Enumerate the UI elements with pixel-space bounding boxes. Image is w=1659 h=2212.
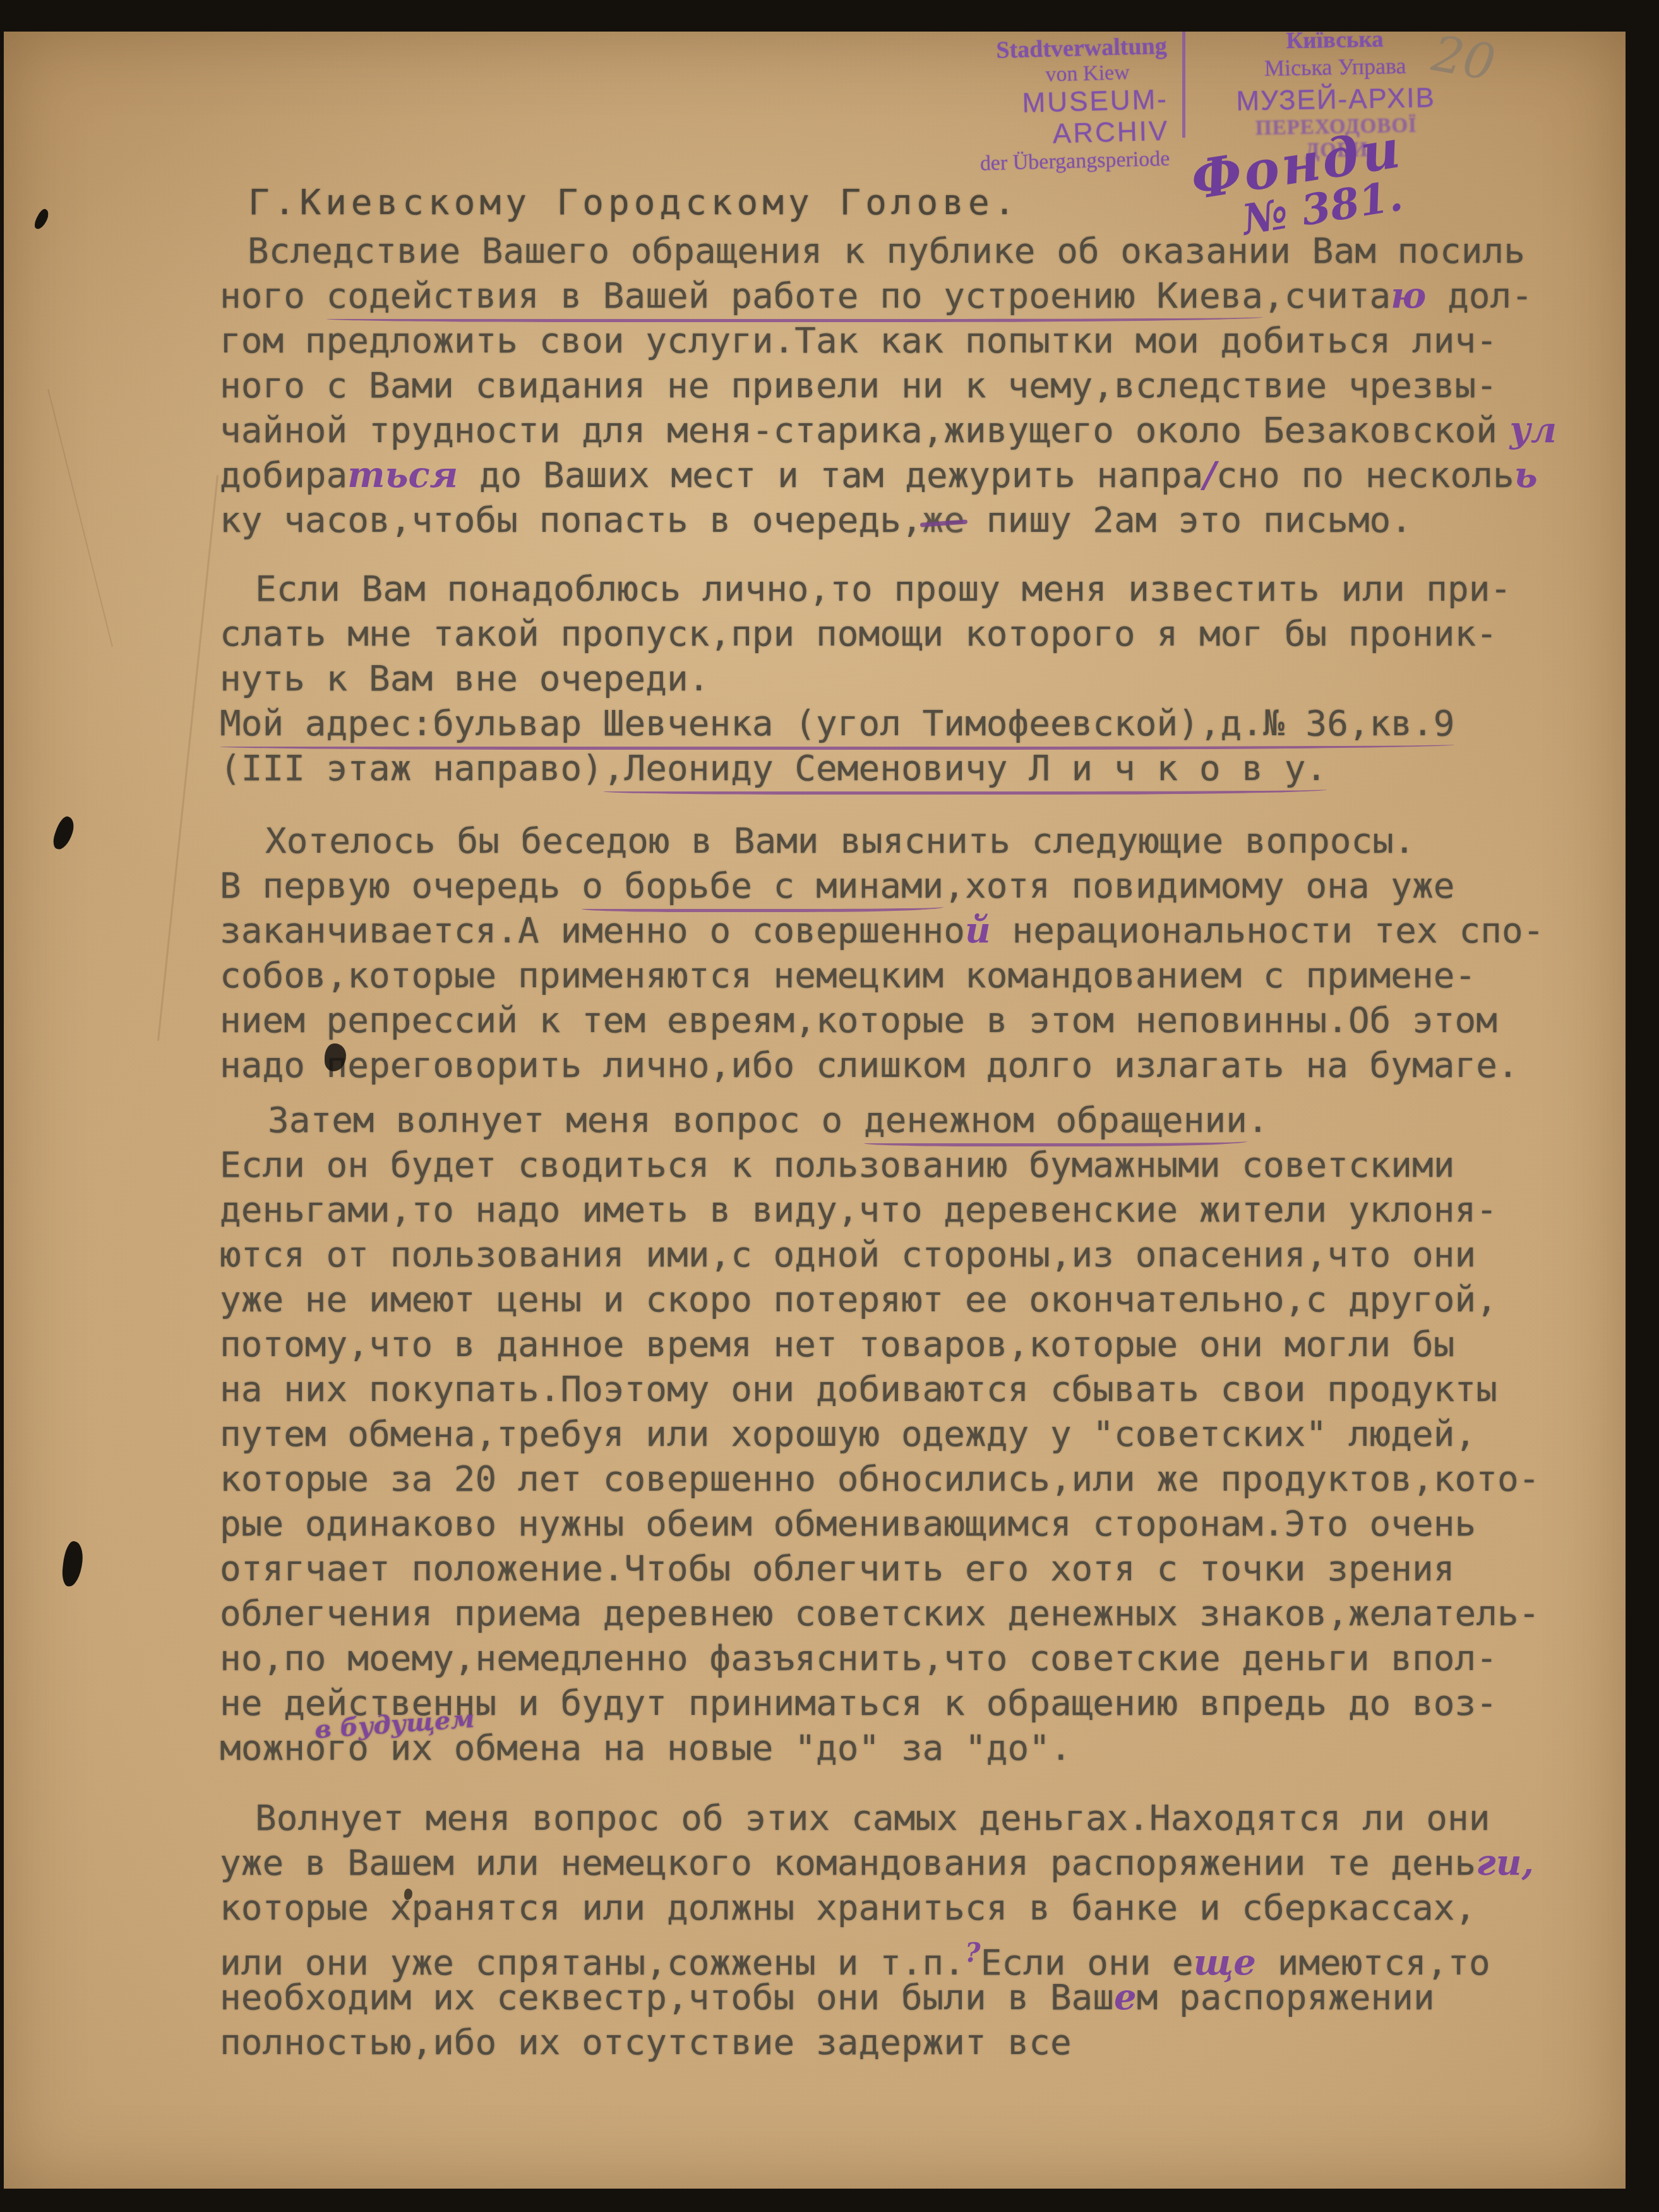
text-segment: нерациональности тех спо-	[991, 910, 1545, 951]
letter-line: В первую очередь о борьбе с минами,хотя …	[220, 863, 1634, 908]
letter-line: или они уже спрятаны,сожжены и т.п.?Если…	[220, 1930, 1634, 1975]
text-segment: ного	[220, 275, 326, 316]
letter-line: облегчения приема деревнею советских ден…	[220, 1591, 1634, 1636]
letter-body: Вследствие Вашего обращения к публике об…	[220, 229, 1634, 2065]
text-segment: ются от пользования ими,с одной стороны,…	[220, 1234, 1476, 1275]
text-segment: Мой адрес:бульвар Шевченка (угол Тимофее…	[220, 703, 1454, 750]
text-segment: добира	[220, 455, 347, 496]
letter-line: потому,что в данное время нет товаров,ко…	[220, 1322, 1634, 1367]
photo-frame-top	[0, 0, 1659, 32]
letter-line: которые за 20 лет совершенно обносились,…	[220, 1457, 1634, 1501]
text-segment: нием репрессий к тем евреям,которые в эт…	[220, 1000, 1497, 1041]
text-segment: сно по несколь	[1216, 455, 1514, 496]
text-segment: ,Леониду Семеновичу Л и ч к о в у.	[603, 748, 1327, 795]
text-segment: слать мне такой пропуск,при помощи котор…	[220, 613, 1497, 654]
letter-line: нием репрессий к тем евреям,которые в эт…	[220, 998, 1634, 1043]
stamp-line: МУЗЕЙ-АРХІВ	[1222, 82, 1450, 117]
letter-line: путем обмена,требуя или хорошую одежду у…	[220, 1412, 1634, 1457]
letter-line: можного их обмена на новые "до" за "до".…	[220, 1726, 1634, 1770]
letter-line: ного содействия в Вашей работе по устрое…	[220, 273, 1634, 318]
text-segment: Волнует меня вопрос об этих самых деньга…	[255, 1798, 1490, 1839]
text-segment: чайной трудности для меня-старика,живуще…	[220, 410, 1497, 451]
handwritten-correction: е	[1114, 1976, 1137, 2018]
stamp-line: MUSEUM-ARCHIV	[909, 84, 1169, 154]
letter-line: надо переговорить лично,ибо слишком долг…	[220, 1043, 1634, 1088]
letter-line: которые хранятся или должны храниться в …	[220, 1885, 1634, 1930]
stamp-line: Міська Управа	[1221, 52, 1449, 82]
text-segment: надо переговорить лично,ибо слишком долг…	[220, 1045, 1519, 1086]
letter-line: заканчивается.А именно о совершенной нер…	[220, 908, 1634, 953]
text-segment: уже не имеют цены и скоро потеряют ее ок…	[220, 1279, 1497, 1320]
text-segment: гом предложить свои услуги.Так как попыт…	[220, 320, 1497, 361]
text-segment: ку часов,чтобы попасть в очередь,	[220, 500, 923, 541]
letter-line: Волнует меня вопрос об этих самых деньга…	[220, 1796, 1634, 1841]
letter-line: Вследствие Вашего обращения к публике об…	[220, 229, 1634, 273]
letter-line: уже в Вашем или немецкого командования р…	[220, 1841, 1634, 1885]
paper-crease	[157, 475, 219, 1040]
letter-line: ку часов,чтобы попасть в очередь,же пишу…	[220, 498, 1634, 543]
text-segment: м распоряжении	[1137, 1977, 1435, 2018]
handwritten-correction: й	[965, 910, 991, 951]
text-segment: Если Вам понадоблюсь лично,то прошу меня…	[255, 568, 1511, 610]
document-photo: { "page": { "number": "20" }, "stamps": …	[0, 0, 1659, 2212]
letter-line: Мой адрес:бульвар Шевченка (угол Тимофее…	[220, 701, 1634, 746]
paper-crease	[47, 389, 113, 647]
text-segment: о борьбе с минами	[582, 865, 943, 912]
letter-line: уже не имеют цены и скоро потеряют ее ок…	[220, 1277, 1634, 1322]
text-segment: дол-	[1426, 275, 1533, 316]
text-segment: Вследствие Вашего обращения к публике об…	[248, 231, 1525, 272]
german-museum-archive-stamp: Stadtverwaltung von Kiew MUSEUM-ARCHIV d…	[907, 32, 1170, 178]
text-segment: пишу 2ам это письмо.	[965, 500, 1412, 541]
text-segment: денежном обращении	[864, 1100, 1247, 1146]
letter-line: Если Вам понадоблюсь лично,то прошу меня…	[220, 567, 1634, 611]
text-segment: содействия в Вашей работе по устроению К…	[326, 275, 1263, 322]
handwritten-correction: ул	[1497, 409, 1557, 451]
letter-line: слать мне такой пропуск,при помощи котор…	[220, 611, 1634, 656]
text-segment: которые за 20 лет совершенно обносились,…	[220, 1458, 1540, 1500]
text-segment: Затем волнует меня вопрос о	[268, 1100, 864, 1141]
text-segment: деньгами,то надо иметь в виду,что дереве…	[220, 1189, 1497, 1230]
text-segment: потому,что в данное время нет товаров,ко…	[220, 1324, 1454, 1365]
photo-frame-left	[0, 0, 4, 2212]
text-segment: собов,которые применяются немецким коман…	[220, 955, 1476, 996]
letter-line: добираться до Ваших мест и там дежурить …	[220, 453, 1634, 498]
letter-line: нуть к Вам вне очереди.	[220, 656, 1634, 701]
stamp-divider-line	[1182, 30, 1185, 138]
letter-paragraph: Вследствие Вашего обращения к публике об…	[220, 229, 1634, 543]
photo-frame-right	[1626, 0, 1659, 2212]
text-segment: необходим их секвестр,чтобы они были в В…	[220, 1977, 1114, 2018]
letter-line: чайной трудности для меня-старика,живуще…	[220, 408, 1634, 453]
text-segment: полностью,ибо их отсутствие задержит все	[220, 2022, 1072, 2063]
text-segment: Хотелось бы беседою в Вами выяснить след…	[265, 820, 1415, 862]
letter-addressee-title: Г.Киевскому Городскому Голове.	[248, 182, 1019, 223]
letter-paragraph: Если Вам понадоблюсь лично,то прошу меня…	[220, 567, 1634, 791]
text-segment: до Ваших мест и там дежурить напра	[458, 455, 1203, 496]
letter-line: полностью,ибо их отсутствие задержит все	[220, 2020, 1634, 2065]
letter-line: (III этаж направо),Леониду Семеновичу Л …	[220, 746, 1634, 791]
text-segment: ного с Вами свидания не привели ни к чем…	[220, 365, 1497, 406]
letter-line: деньгами,то надо иметь в виду,что дереве…	[220, 1187, 1634, 1232]
pencil-page-number: 20	[1428, 25, 1499, 92]
handwritten-correction: ?	[965, 1937, 981, 1968]
letter-line: рые одинаково нужны обеим обменивающимся…	[220, 1501, 1634, 1546]
letter-paragraph: Хотелось бы беседою в Вами выяснить след…	[220, 819, 1634, 1088]
letter-line: собов,которые применяются немецким коман…	[220, 953, 1634, 998]
letter-line: отягчает положение.Чтобы облегчить его х…	[220, 1546, 1634, 1591]
handwritten-correction: /	[1203, 454, 1216, 496]
letter-line: гом предложить свои услуги.Так как попыт…	[220, 318, 1634, 363]
text-segment: на них покупать.Поэтому они добиваются с…	[220, 1369, 1497, 1410]
text-segment: нуть к Вам вне очереди.	[220, 658, 709, 699]
text-segment: путем обмена,требуя или хорошую одежду у…	[220, 1414, 1476, 1455]
handwritten-correction: ю	[1391, 275, 1426, 316]
text-segment: ,хотя повидимому она уже	[943, 865, 1454, 906]
text-segment: В первую очередь	[220, 865, 582, 906]
photo-frame-bottom	[0, 2189, 1659, 2212]
letter-line: Затем волнует меня вопрос о денежном обр…	[220, 1098, 1634, 1143]
letter-line: Если он будет сводиться к пользованию бу…	[220, 1143, 1634, 1187]
letter-paragraph: Волнует меня вопрос об этих самых деньга…	[220, 1796, 1634, 2065]
handwritten-correction: ги,	[1476, 1842, 1534, 1884]
text-segment: но,по моему,немедленно фазъяснить,что со…	[220, 1638, 1497, 1679]
text-segment: же	[923, 500, 965, 541]
letter-line: но,по моему,немедленно фазъяснить,что со…	[220, 1636, 1634, 1681]
text-segment: уже в Вашем или немецкого командования р…	[220, 1842, 1476, 1884]
text-segment: ,счита	[1263, 275, 1391, 316]
handwritten-correction: ь	[1514, 454, 1538, 496]
letter-line: на них покупать.Поэтому они добиваются с…	[220, 1367, 1634, 1412]
text-segment: облегчения приема деревнею советских ден…	[220, 1593, 1540, 1634]
text-segment: (III этаж направо)	[220, 748, 603, 789]
letter-line: ются от пользования ими,с одной стороны,…	[220, 1232, 1634, 1277]
letter-line: ного с Вами свидания не привели ни к чем…	[220, 363, 1634, 408]
letter-line: необходим их секвестр,чтобы они были в В…	[220, 1975, 1634, 2020]
text-segment: .	[1247, 1100, 1269, 1141]
text-segment: рые одинаково нужны обеим обменивающимся…	[220, 1503, 1476, 1544]
text-segment: Если он будет сводиться к пользованию бу…	[220, 1145, 1454, 1186]
handwritten-correction: ться	[347, 454, 458, 496]
text-segment: отягчает положение.Чтобы облегчить его х…	[220, 1548, 1454, 1589]
letter-paragraph: Затем волнует меня вопрос о денежном обр…	[220, 1098, 1634, 1770]
text-segment: заканчивается.А именно о совершенно	[220, 910, 965, 951]
letter-line: Хотелось бы беседою в Вами выяснить след…	[220, 819, 1634, 863]
